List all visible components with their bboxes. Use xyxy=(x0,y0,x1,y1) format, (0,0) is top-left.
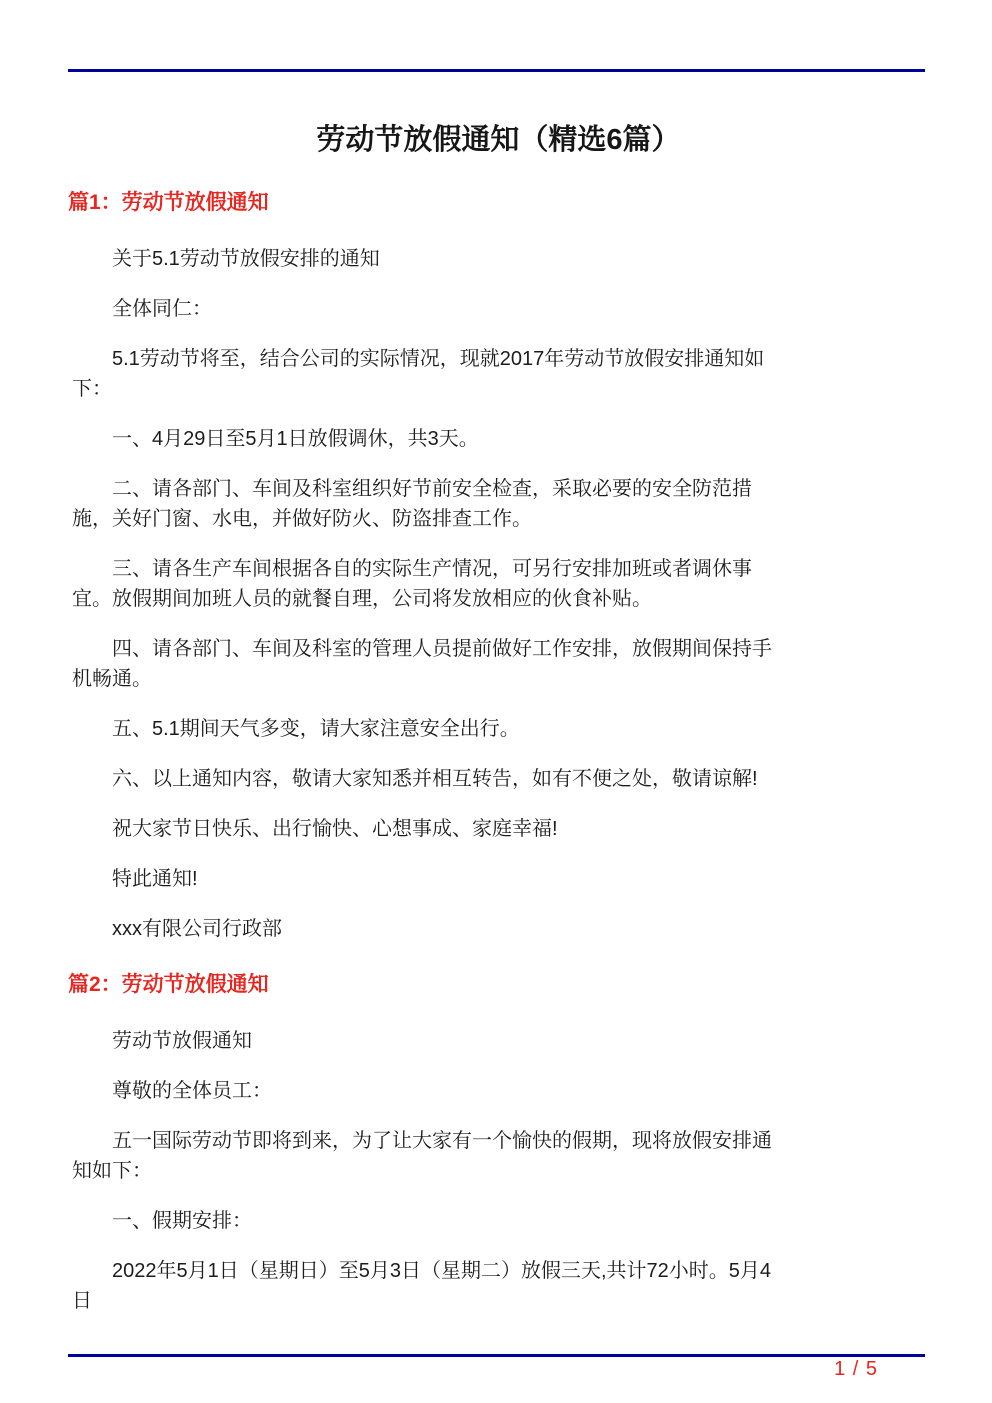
footer-rule xyxy=(68,1354,925,1357)
paragraph: 一、假期安排： xyxy=(72,1206,784,1236)
paragraph: 5.1劳动节将至，结合公司的实际情况，现就2017年劳动节放假安排通知如下： xyxy=(72,344,784,404)
paragraph: 五一国际劳动节即将到来，为了让大家有一个愉快的假期，现将放假安排通知如下： xyxy=(72,1126,784,1186)
paragraph: 全体同仁： xyxy=(72,294,784,324)
paragraph: 尊敬的全体员工： xyxy=(72,1076,784,1106)
paragraph: 特此通知! xyxy=(72,864,784,894)
paragraph: 2022年5月1日（星期日）至5月3日（星期二）放假三天,共计72小时。5月4日 xyxy=(72,1256,784,1316)
section-1-heading: 篇1：劳动节放假通知 xyxy=(68,188,925,218)
paragraph: 劳动节放假通知 xyxy=(72,1026,784,1056)
paragraph: 关于5.1劳动节放假安排的通知 xyxy=(72,244,784,274)
paragraph: 二、请各部门、车间及科室组织好节前安全检查，采取必要的安全防范措施，关好门窗、水… xyxy=(72,474,784,534)
document-title: 劳动节放假通知（精选6篇） xyxy=(72,118,925,162)
page-number: 1 / 5 xyxy=(834,1357,878,1381)
paragraph: 祝大家节日快乐、出行愉快、心想事成、家庭幸福! xyxy=(72,814,784,844)
paragraph: 五、5.1期间天气多变，请大家注意安全出行。 xyxy=(72,714,784,744)
paragraph: 六、以上通知内容，敬请大家知悉并相互转告，如有不便之处，敬请谅解! xyxy=(72,764,784,794)
section-2-heading: 篇2：劳动节放假通知 xyxy=(68,970,925,1000)
section-2: 篇2：劳动节放假通知 劳动节放假通知 尊敬的全体员工： 五一国际劳动节即将到来，… xyxy=(72,970,925,1316)
document-page: 劳动节放假通知（精选6篇） 篇1：劳动节放假通知 关于5.1劳动节放假安排的通知… xyxy=(0,0,992,1403)
section-1: 篇1：劳动节放假通知 关于5.1劳动节放假安排的通知 全体同仁： 5.1劳动节将… xyxy=(72,188,925,944)
paragraph: 四、请各部门、车间及科室的管理人员提前做好工作安排，放假期间保持手机畅通。 xyxy=(72,634,784,694)
document-content: 劳动节放假通知（精选6篇） 篇1：劳动节放假通知 关于5.1劳动节放假安排的通知… xyxy=(72,70,925,1336)
paragraph: xxx有限公司行政部 xyxy=(72,914,784,944)
paragraph: 一、4月29日至5月1日放假调休，共3天。 xyxy=(72,424,784,454)
paragraph: 三、请各生产车间根据各自的实际生产情况，可另行安排加班或者调休事宜。放假期间加班… xyxy=(72,554,784,614)
